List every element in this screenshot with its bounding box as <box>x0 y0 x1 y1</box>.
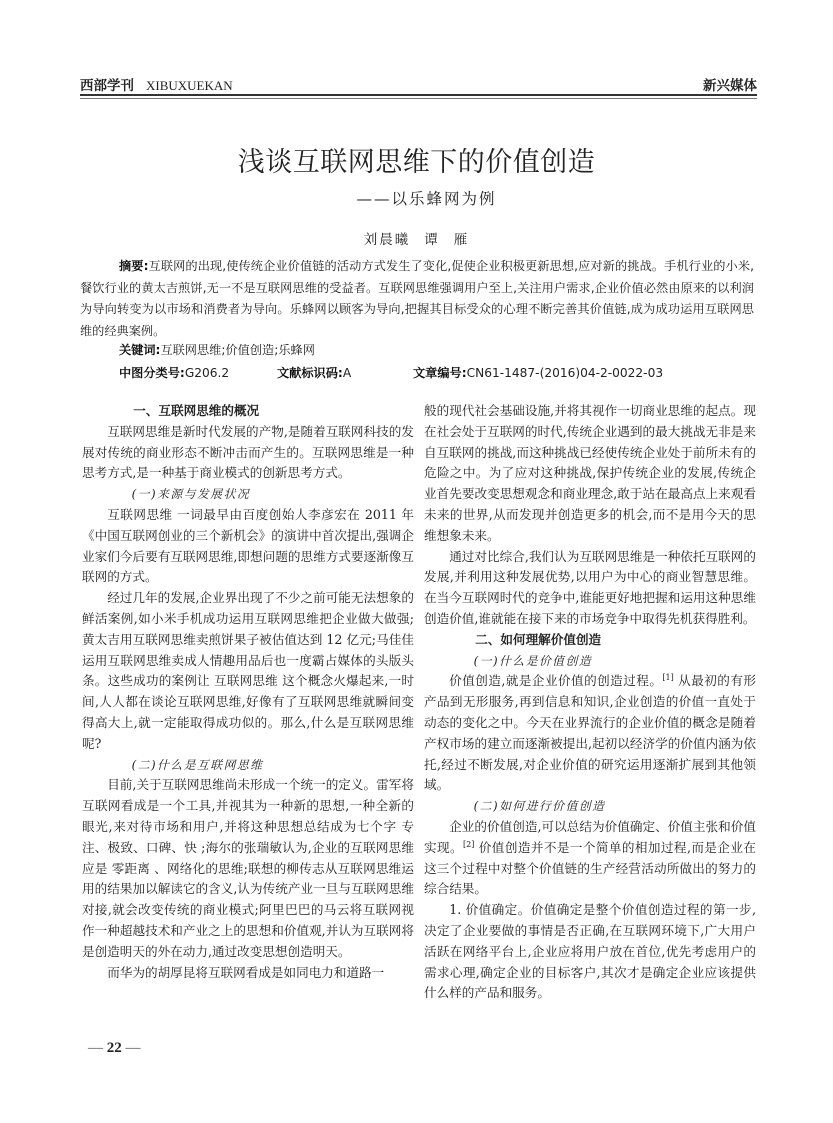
paragraph: 1. 价值确定。价值确定是整个价值创造过程的第一步,决定了企业要做的事情是否正确… <box>424 900 756 1004</box>
paragraph: 价值创造,就是企业价值的创造过程。[1] 从最初的有形产品到无形服务,再到信息和… <box>424 671 756 796</box>
clc-value: G206.2 <box>185 366 229 380</box>
article-no-value: CN61-1487-(2016)04-2-0022-03 <box>467 366 663 380</box>
abstract-text: 互联网的出现,使传统企业价值链的活动方式发生了变化,促使企业积极更新思想,应对新… <box>80 259 754 338</box>
journal-name-en: XIBUXUEKAN <box>146 78 233 93</box>
paragraph-text: 价值创造并不是一个简单的相加过程,而是企业在这三个过程中对整个价值链的生产经营活… <box>424 840 756 897</box>
subsection-heading: (二)什么是互联网思维 <box>82 755 414 776</box>
author-name: 刘晨曦 <box>364 232 411 248</box>
paragraph: 互联网思维 一词最早由百度创始人李彦宏在 2011 年《中国互联网创业的三个新机… <box>82 505 414 588</box>
clc-label: 中图分类号: <box>119 366 185 380</box>
paragraph: 经过几年的发展,企业界出现了不少之前可能无法想象的鲜活案例,如小米手机成功运用互… <box>82 588 414 754</box>
body-column-right: 般的现代社会基础设施,并将其视作一切商业思维的起点。现在社会处于互联网的时代,传… <box>424 401 756 1004</box>
running-header: 西部学刊XIBUXUEKAN 新兴媒体 <box>80 74 757 92</box>
article-title: 浅谈互联网思维下的价值创造 <box>0 140 833 179</box>
section-heading: 一、互联网思维的概况 <box>82 401 414 422</box>
paragraph: 企业的价值创造,可以总结为价值确定、价值主张和价值实现。[2] 价值创造并不是一… <box>424 817 756 900</box>
body-column-left: 一、互联网思维的概况 互联网思维是新时代发展的产物,是随着互联网科技的发展对传统… <box>82 401 414 983</box>
keywords-label: 关键词: <box>119 343 160 357</box>
header-rule-thick <box>80 94 757 96</box>
subsection-heading: (二)如何进行价值创造 <box>424 796 756 817</box>
keywords: 关键词:互联网思维;价值创造;乐蜂网 <box>119 341 315 358</box>
article-number: 文章编号:CN61-1487-(2016)04-2-0022-03 <box>413 364 663 381</box>
journal-name: 西部学刊XIBUXUEKAN <box>80 74 233 94</box>
paragraph-text: 从最初的有形产品到无形服务,再到信息和知识,企业创造的价值一直处于动态的变化之中… <box>424 673 756 792</box>
page-dash-left: — <box>88 1040 103 1056</box>
doc-code-label: 文献标识码: <box>277 366 343 380</box>
subsection-heading: (一)什么是价值创造 <box>424 651 756 672</box>
page-number-value: 22 <box>107 1040 122 1056</box>
abstract: 摘要:互联网的出现,使传统企业价值链的活动方式发生了变化,促使企业积极更新思想,… <box>80 256 754 342</box>
citation-ref: [1] <box>662 673 673 682</box>
section-label: 新兴媒体 <box>703 74 757 94</box>
abstract-label: 摘要: <box>119 259 148 273</box>
journal-name-cn: 西部学刊 <box>80 78 134 94</box>
citation-ref: [2] <box>463 840 474 849</box>
section-heading: 二、如何理解价值创造 <box>424 630 756 651</box>
document-code: 文献标识码:A <box>277 364 351 381</box>
paragraph-continued: 般的现代社会基础设施,并将其视作一切商业思维的起点。现在社会处于互联网的时代,传… <box>424 401 756 547</box>
paragraph: 而华为的胡厚昆将互联网看成是如同电力和道路一 <box>82 963 414 984</box>
subsection-heading: (一)来源与发展状况 <box>82 484 414 505</box>
page-dash-right: — <box>126 1040 141 1056</box>
paragraph: 互联网思维是新时代发展的产物,是随着互联网科技的发展对传统的商业形态不断冲击而产… <box>82 422 414 484</box>
page-number: — 22 — <box>88 1040 141 1057</box>
classification-row: 中图分类号:G206.2 文献标识码:A 文章编号:CN61-1487-(201… <box>119 364 759 382</box>
article-subtitle: ——以乐蜂网为例 <box>0 187 833 209</box>
author-name: 谭 <box>424 232 440 248</box>
clc-number: 中图分类号:G206.2 <box>119 364 229 381</box>
paragraph: 目前,关于互联网思维尚未形成一个统一的定义。雷军将互联网看成是一个工具,并视其为… <box>82 775 414 962</box>
paragraph: 通过对比综合,我们认为互联网思维是一种依托互联网的发展,并利用这种发展优势,以用… <box>424 547 756 630</box>
author-list: 刘晨曦谭雁 <box>0 228 833 248</box>
article-no-label: 文章编号: <box>413 366 467 380</box>
author-name: 雁 <box>454 232 470 248</box>
doc-code-value: A <box>343 366 351 380</box>
paragraph-text: 价值创造,就是企业价值的创造过程。 <box>449 673 662 688</box>
header-rule-thin <box>80 98 757 99</box>
keywords-text: 互联网思维;价值创造;乐蜂网 <box>160 343 314 357</box>
